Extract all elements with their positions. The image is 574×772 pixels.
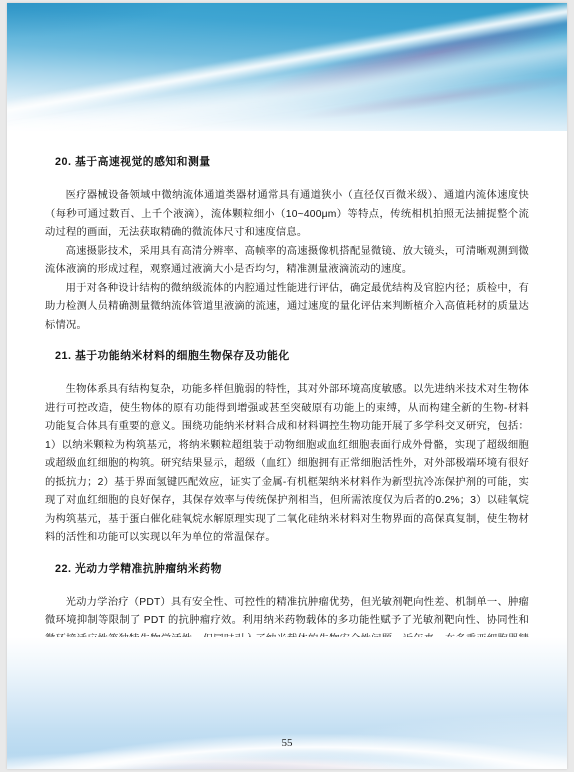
section-21-paragraph-1: 生物体系具有结构复杂，功能多样但脆弱的特性，其对外部环境高度敏感。以先进纳米技术…	[45, 381, 529, 548]
screenshot-viewport: 20. 基于高速视觉的感知和测量 医疗器械设备领域中微纳流体通道类器材通常具有通…	[0, 0, 574, 772]
section-20-paragraph-2: 高速摄影技术，采用具有高清分辨率、高帧率的高速摄像机搭配显微镜、放大镜头，可清晰…	[45, 243, 529, 280]
document-page: 20. 基于高速视觉的感知和测量 医疗器械设备领域中微纳流体通道类器材通常具有通…	[7, 3, 567, 769]
header-decoration	[7, 3, 567, 131]
section-20: 20. 基于高速视觉的感知和测量 医疗器械设备领域中微纳流体通道类器材通常具有通…	[45, 155, 529, 335]
section-20-title: 20. 基于高速视觉的感知和测量	[55, 155, 529, 170]
footer-decoration: 55	[7, 637, 567, 769]
section-22-title: 22. 光动力学精准抗肿瘤纳米药物	[55, 562, 529, 577]
section-20-paragraph-3: 用于对各种设计结构的微纳级流体的内腔通过性能进行评估，确定最优结构及官腔内径；质…	[45, 280, 529, 336]
section-20-paragraph-1: 医疗器械设备领域中微纳流体通道类器材通常具有通道狭小（直径仅百微米级）、通道内流…	[45, 187, 529, 243]
section-21: 21. 基于功能纳米材料的细胞生物保存及功能化 生物体系具有结构复杂，功能多样但…	[45, 349, 529, 548]
section-21-title: 21. 基于功能纳米材料的细胞生物保存及功能化	[55, 349, 529, 364]
page-number: 55	[7, 737, 567, 749]
